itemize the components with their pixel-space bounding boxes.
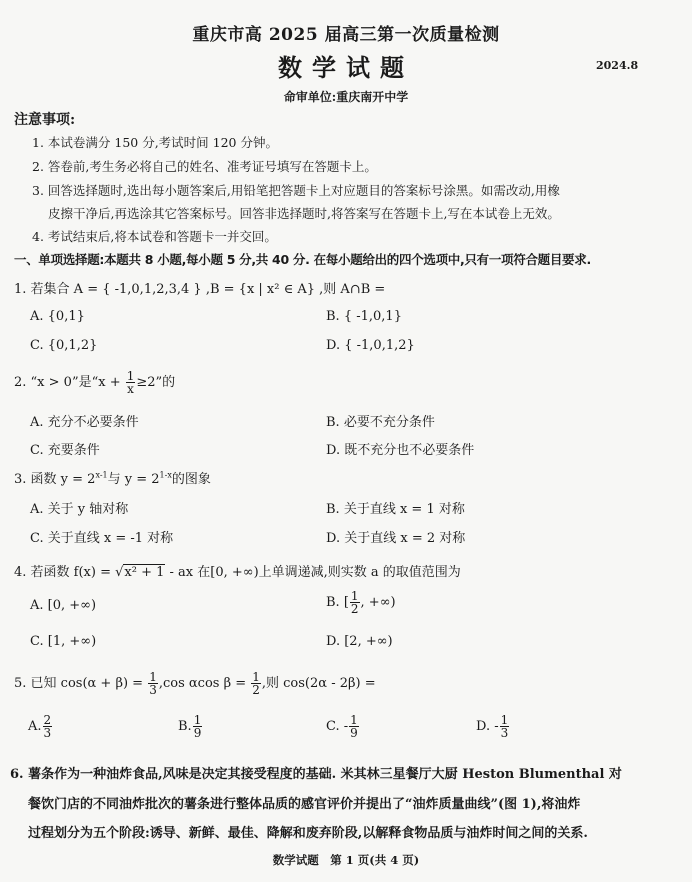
notice-heading: 注意事项: — [14, 109, 75, 129]
q1-option-b: B. { -1,0,1} — [326, 309, 402, 324]
q1-option-a: A. {0,1} — [30, 309, 85, 324]
q4-option-a: A. [0, +∞) — [30, 598, 96, 613]
q5-option-c: C. -19 — [326, 714, 360, 739]
q3-option-a: A. 关于 y 轴对称 — [30, 498, 128, 517]
q5-f1-den: 3 — [148, 684, 158, 696]
q2-stem-post: ≥2”的 — [136, 375, 175, 390]
q4b-post: , +∞) — [361, 595, 396, 610]
q2-option-b: B. 必要不充分条件 — [326, 411, 435, 430]
question-6-line-1: 6. 薯条作为一种油炸食品,风味是决定其接受程度的基础. 米其林三星餐厅大厨 H… — [10, 763, 622, 782]
q2-frac-den: x — [126, 383, 135, 395]
q5b-fraction: 19 — [193, 714, 203, 739]
q3-exponent-1: x-1 — [95, 471, 107, 480]
q4b-den: 2 — [350, 603, 360, 615]
q3-option-b: B. 关于直线 x = 1 对称 — [326, 498, 465, 517]
notice-item-2: 2. 答卷前,考生务必将自己的姓名、准考证号填写在答题卡上。 — [32, 157, 377, 175]
q5-stem-mid: ,cos αcos β = — [159, 676, 250, 691]
q2-option-d: D. 既不充分也不必要条件 — [326, 439, 474, 458]
setter-unit: 命审单位:重庆南开中学 — [0, 88, 692, 105]
q3-option-c: C. 关于直线 x = -1 对称 — [30, 527, 173, 546]
q5-option-a: A.23 — [28, 714, 53, 739]
q5a-label: A. — [28, 719, 42, 734]
q5-option-d: D. -13 — [476, 714, 510, 739]
q5c-den: 9 — [349, 727, 359, 739]
question-2-stem: 2. “x > 0”是“x + 1x≥2”的 — [14, 370, 175, 395]
q5c-label: C. - — [326, 719, 348, 734]
q5b-label: B. — [178, 719, 192, 734]
q2-stem-pre: 2. “x > 0”是“x + — [14, 375, 125, 390]
subject-title: 数学试题 — [0, 48, 692, 83]
q4b-fraction: 12 — [350, 590, 360, 615]
q5-frac-2: 12 — [251, 671, 261, 696]
q4-option-d: D. [2, +∞) — [326, 634, 393, 649]
q1-option-c: C. {0,1,2} — [30, 338, 97, 353]
question-4-stem: 4. 若函数 f(x) = √x² + 1 - ax 在[0, +∞)上单调递减… — [14, 561, 461, 580]
q4-sqrt-expr: x² + 1 — [123, 564, 165, 580]
q4-option-c: C. [1, +∞) — [30, 634, 96, 649]
exam-date: 2024.8 — [596, 59, 638, 72]
q2-option-a: A. 充分不必要条件 — [30, 411, 139, 430]
q4-stem-post: - ax 在[0, +∞)上单调递减,则实数 a 的取值范围为 — [165, 565, 460, 580]
q5d-den: 3 — [500, 727, 510, 739]
q5-frac-1: 13 — [148, 671, 158, 696]
q3-exponent-2: 1-x — [160, 471, 172, 480]
notice-item-3-cont: 皮擦干净后,再选涂其它答案标号。回答非选择题时,将答案写在答题卡上,写在本试卷上… — [48, 204, 560, 222]
notice-item-3: 3. 回答选择题时,选出每小题答案后,用铅笔把答题卡上对应题目的答案标号涂黑。如… — [32, 181, 560, 199]
q4-option-b: B. [12, +∞) — [326, 590, 396, 615]
notice-item-1: 1. 本试卷满分 150 分,考试时间 120 分钟。 — [32, 133, 278, 151]
q5a-den: 3 — [43, 727, 53, 739]
question-6-line-2: 餐饮门店的不同油炸批次的薯条进行整体品质的感官评价并提出了“油炸质量曲线”(图 … — [28, 793, 580, 812]
q3-stem-post: 的图象 — [172, 472, 211, 487]
q2-option-c: C. 充要条件 — [30, 439, 100, 458]
q5c-fraction: 19 — [349, 714, 359, 739]
section-heading: 一、单项选择题:本题共 8 小题,每小题 5 分,共 40 分. 在每小题给出的… — [14, 250, 591, 268]
question-3-stem: 3. 函数 y = 2x-1与 y = 21-x的图象 — [14, 468, 211, 487]
q2-fraction: 1x — [126, 370, 136, 395]
q4-stem-pre: 4. 若函数 f(x) = √ — [14, 565, 123, 580]
q3-stem-mid: 与 y = 2 — [108, 472, 160, 487]
q3-option-d: D. 关于直线 x = 2 对称 — [326, 527, 465, 546]
q5-option-b: B.19 — [178, 714, 203, 739]
exam-title: 重庆市高 2025 届高三第一次质量检测 — [0, 20, 692, 45]
question-6-line-3: 过程划分为五个阶段:诱导、新鲜、最佳、降解和废弃阶段,以解释食物品质与油炸时间之… — [28, 822, 588, 841]
question-1-stem: 1. 若集合 A = { -1,0,1,2,3,4 } ,B = {x | x²… — [14, 278, 385, 297]
q5d-fraction: 13 — [500, 714, 510, 739]
q5-stem-pre: 5. 已知 cos(α + β) = — [14, 676, 147, 691]
notice-item-4: 4. 考试结束后,将本试卷和答题卡一并交回。 — [32, 227, 277, 245]
q5a-fraction: 23 — [43, 714, 53, 739]
q1-option-d: D. { -1,0,1,2} — [326, 338, 415, 353]
q4b-pre: B. [ — [326, 595, 349, 610]
q5d-label: D. - — [476, 719, 499, 734]
q3-stem-pre: 3. 函数 y = 2 — [14, 472, 95, 487]
q5-f2-den: 2 — [251, 684, 261, 696]
q5-stem-post: ,则 cos(2α - 2β) = — [262, 676, 376, 691]
q5b-den: 9 — [193, 727, 203, 739]
page-footer: 数学试题 第 1 页(共 4 页) — [0, 852, 692, 868]
question-5-stem: 5. 已知 cos(α + β) = 13,cos αcos β = 12,则 … — [14, 671, 376, 696]
